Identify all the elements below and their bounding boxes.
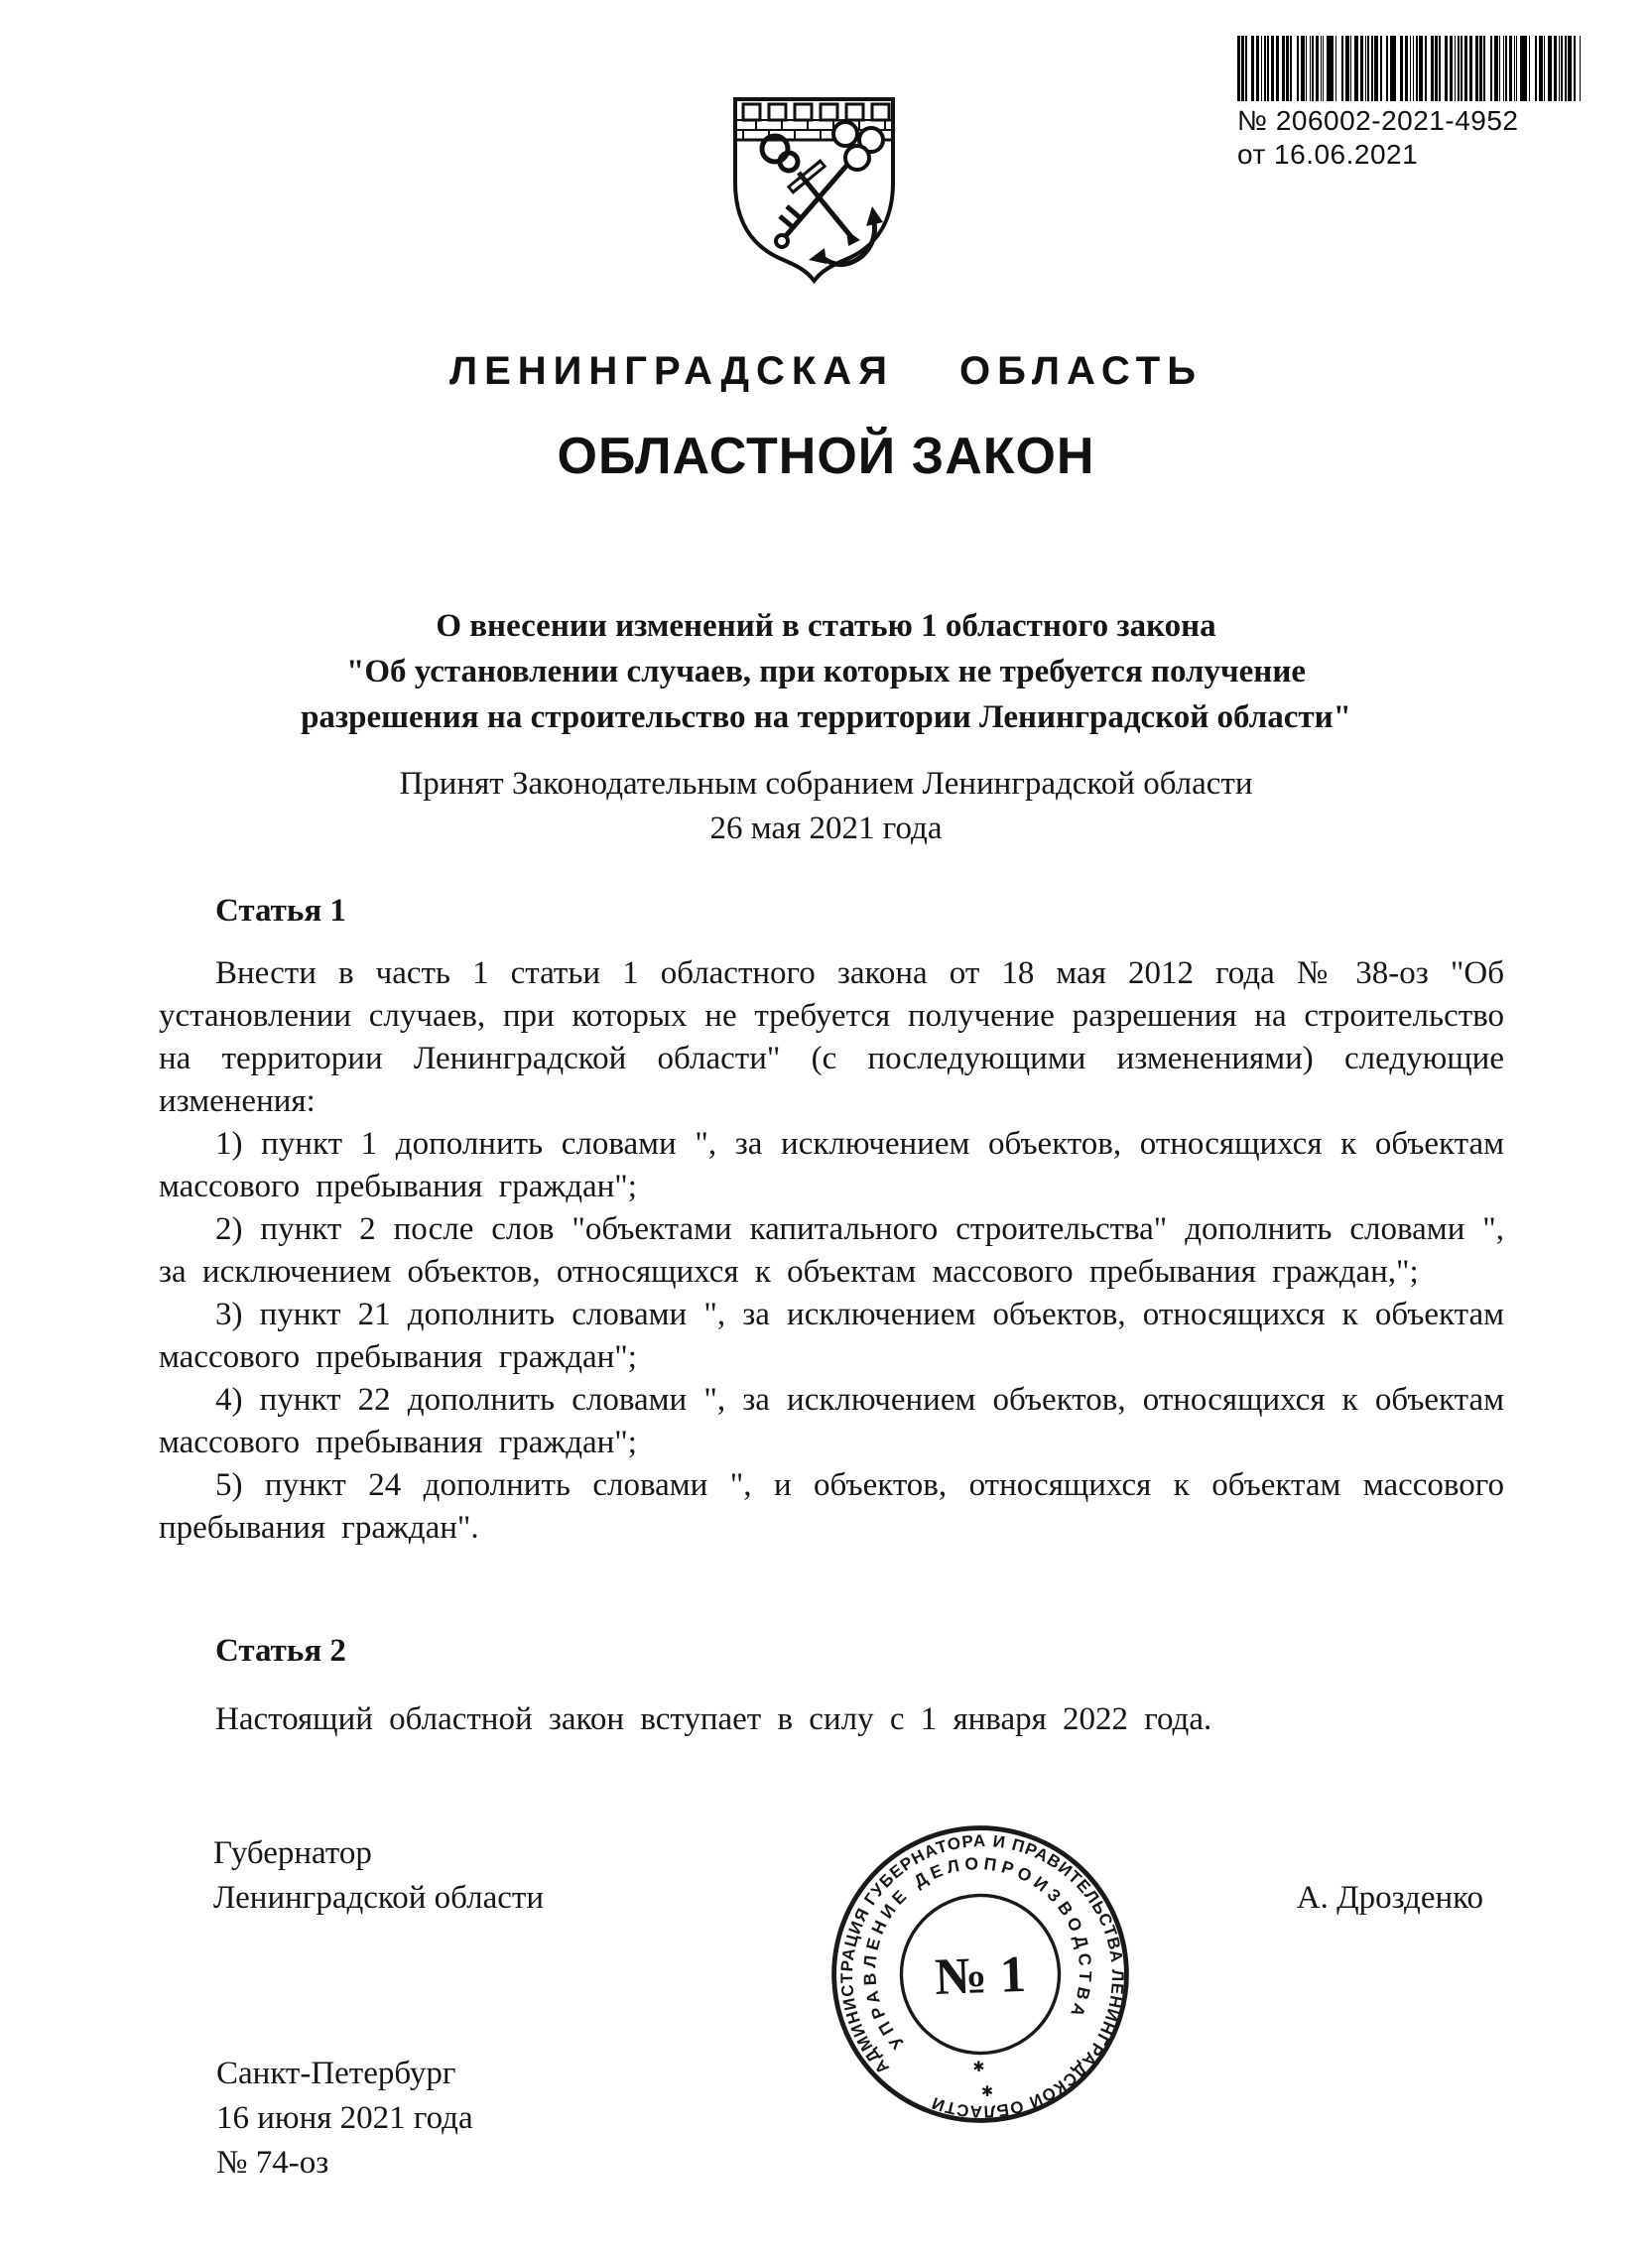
law-title: О внесении изменений в статью 1 областно… [149, 603, 1503, 740]
article-1-heading: Статья 1 [215, 893, 346, 930]
article-2-text: Настоящий областной закон вступает в сил… [159, 1698, 1504, 1741]
stamp-star-icon: ✱ [972, 2060, 985, 2075]
region-title: ЛЕНИНГРАДСКАЯ ОБЛАСТЬ [149, 349, 1503, 394]
law-paragraph: 4) пункт 22 дополнить словами ", за искл… [159, 1379, 1504, 1464]
document-page: № 206002-2021-4952 от 16.06.2021 [0, 0, 1652, 2255]
article-2-heading: Статья 2 [215, 1633, 346, 1670]
stamp-star-icon: ✱ [981, 2084, 994, 2100]
article-1-body: Внести в часть 1 статьи 1 областного зак… [159, 952, 1504, 1550]
barcode-block: № 206002-2021-4952 от 16.06.2021 [1237, 36, 1585, 172]
law-paragraph: Внести в часть 1 статьи 1 областного зак… [159, 952, 1504, 1123]
footer-city: Санкт-Петербург [216, 2052, 473, 2096]
barcode [1237, 36, 1581, 101]
law-paragraph: 1) пункт 1 дополнить словами ", за исклю… [159, 1123, 1504, 1208]
barcode-number: № 206002-2021-4952 [1237, 104, 1585, 138]
coat-of-arms-emblem [727, 93, 901, 284]
footer-block: Санкт-Петербург 16 июня 2021 года № 74-о… [216, 2052, 473, 2186]
footer-number: № 74-оз [216, 2141, 473, 2186]
law-paragraph: 3) пункт 21 дополнить словами ", за искл… [159, 1294, 1504, 1379]
signature-name: А. Дрозденко [1297, 1876, 1483, 1921]
signature-position: Губернатор Ленинградской области [213, 1831, 544, 1921]
footer-date: 16 июня 2021 года [216, 2096, 473, 2141]
barcode-date: от 16.06.2021 [1237, 138, 1585, 172]
official-stamp-seal: АДМИНИСТРАЦИЯ ГУБЕРНАТОРА И ПРАВИТЕЛЬСТВ… [817, 1811, 1145, 2139]
law-paragraph: 5) пункт 24 дополнить словами ", и объек… [159, 1464, 1504, 1550]
stamp-number: № 1 [934, 1945, 1027, 2006]
law-paragraph: 2) пункт 2 после слов "объектами капитал… [159, 1208, 1504, 1294]
adoption-note: Принят Законодательным собранием Ленингр… [149, 762, 1503, 851]
doc-type-title: ОБЛАСТНОЙ ЗАКОН [149, 427, 1503, 486]
